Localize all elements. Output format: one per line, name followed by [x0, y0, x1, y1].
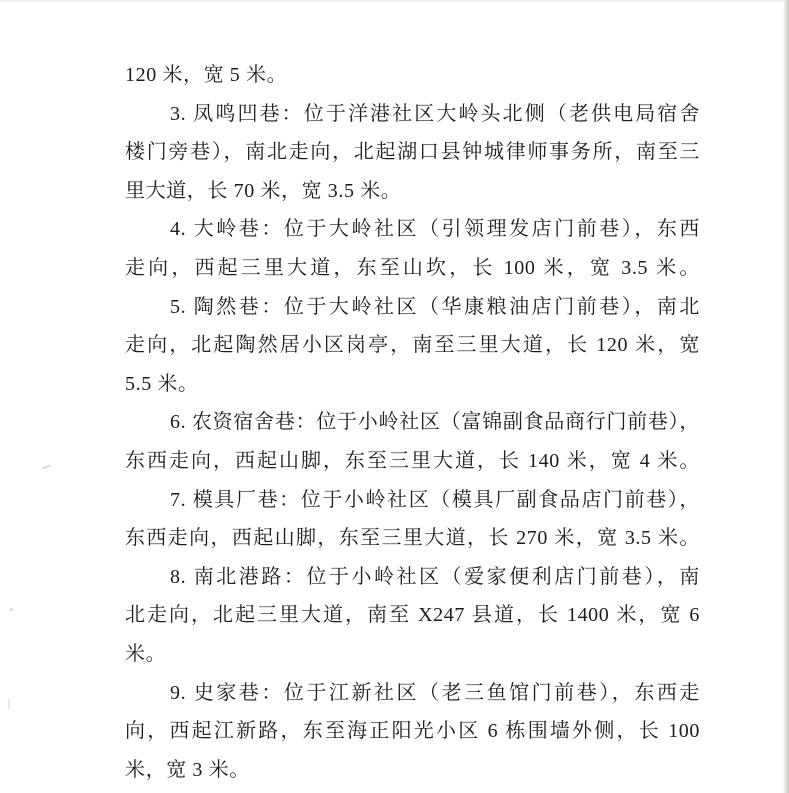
document-line: 9. 史家巷：位于江新社区（老三鱼馆门前巷），东西走: [125, 674, 700, 713]
document-line: 7. 模具厂巷：位于小岭社区（模具厂副食品店门前巷），: [125, 481, 700, 520]
document-line: 5. 陶然巷：位于大岭社区（华康粮油店门前巷），南北: [125, 288, 700, 327]
document-line: 6. 农资宿舍巷：位于小岭社区（富锦副食品商行门前巷），: [125, 403, 700, 442]
scanned-document-page: 120 米，宽 5 米。 3. 凤鸣凹巷：位于洋港社区大岭头北侧（老供电局宿舍 …: [0, 0, 789, 793]
document-line: 向，西起江新路，东至海正阳光小区 6 栋围墙外侧，长 100: [125, 712, 700, 751]
document-line: 120 米，宽 5 米。: [125, 56, 700, 95]
document-line: 楼门旁巷），南北走向，北起湖口县钟城律师事务所，南至三: [125, 133, 700, 172]
document-line: 东西走向，西起山脚，东至三里大道，长 140 米，宽 4 米。: [125, 442, 700, 481]
document-line: 北走向，北起三里大道，南至 X247 县道，长 1400 米，宽 6: [125, 596, 700, 635]
document-line: 3. 凤鸣凹巷：位于洋港社区大岭头北侧（老供电局宿舍: [125, 95, 700, 134]
document-line: 东西走向，西起山脚，东至三里大道，长 270 米，宽 3.5 米。: [125, 519, 700, 558]
document-line: 5.5 米。: [125, 365, 700, 404]
scan-right-edge-shadow: [783, 0, 789, 793]
document-line: 8. 南北港路：位于小岭社区（爱家便利店门前巷），南: [125, 558, 700, 597]
scan-speck: [42, 465, 51, 470]
document-line: 米。: [125, 635, 700, 674]
document-line: 走向，北起陶然居小区岗亭，南至三里大道，长 120 米，宽: [125, 326, 700, 365]
document-line: 米，宽 3 米。: [125, 751, 700, 790]
scan-top-edge-line: [0, 0, 789, 2]
scan-speck: [10, 608, 13, 611]
document-line: 4. 大岭巷：位于大岭社区（引领理发店门前巷），东西: [125, 210, 700, 249]
document-text-block: 120 米，宽 5 米。 3. 凤鸣凹巷：位于洋港社区大岭头北侧（老供电局宿舍 …: [125, 56, 700, 789]
document-line: 走向，西起三里大道，东至山坎，长 100 米，宽 3.5 米。: [125, 249, 700, 288]
document-line: 里大道，长 70 米，宽 3.5 米。: [125, 172, 700, 211]
scan-speck: [8, 699, 10, 709]
